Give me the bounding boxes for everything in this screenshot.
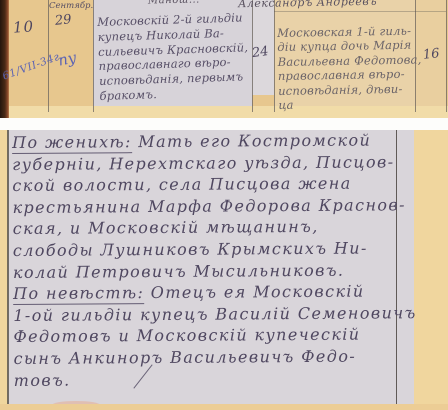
- margin-flourish: пу: [56, 48, 78, 69]
- column-rule: [93, 0, 94, 112]
- cutoff-text-fragment: Манош...: [148, 0, 200, 6]
- left-margin-rule: [7, 130, 9, 404]
- handwritten-line: По женихѣ: Мать его Костромской: [12, 129, 412, 153]
- row-separator-rule: [274, 11, 446, 12]
- handwritten-line: По невѣстѣ: Отецъ ея Московскій: [13, 280, 413, 304]
- underlined-heading: По женихѣ:: [12, 132, 132, 154]
- handwritten-notes: По женихѣ: Мать его Костромскойгуберніи,…: [12, 129, 414, 391]
- day-number: 29: [54, 12, 72, 29]
- bride-age: 16: [422, 46, 440, 63]
- archival-margin-note: 61/VII-34г.: [1, 49, 65, 82]
- handwritten-line: крестьянина Марфа Федорова Краснов-: [12, 194, 412, 218]
- entry-number: 10: [12, 17, 34, 36]
- binding-edge: [0, 0, 9, 118]
- page-bottom-edge: [0, 404, 448, 410]
- scan-gap: [0, 118, 448, 130]
- underlined-heading: По невѣстѣ:: [13, 283, 144, 305]
- month-label: Сентябр.: [49, 1, 93, 11]
- witness-notes-section: По женихѣ: Мать его Костромскойгуберніи,…: [0, 130, 448, 410]
- column-rule: [446, 0, 447, 112]
- column-rule: [274, 0, 275, 112]
- bride-entry-text: Московская 1-й гиль-діи купца дочь Марія…: [277, 23, 422, 112]
- handwritten-line: ской волости, села Писцова жена: [12, 172, 412, 196]
- scanned-register-page: Манош... Александръ Андреевъ 10 Сентябр.…: [0, 0, 448, 410]
- handwritten-line: ца: [278, 96, 422, 113]
- handwritten-line: колай Петровичъ Мысильниковъ.: [13, 259, 413, 283]
- handwritten-line: слободы Лушниковъ Крымскихъ Ни-: [13, 237, 413, 261]
- handwritten-line: ская, и Московскій мѣщанинъ,: [13, 216, 413, 240]
- handwritten-line: 1-ой гильдіи купецъ Василій Семеновичъ: [13, 302, 413, 326]
- groom-age: 24: [251, 44, 269, 61]
- register-table-strip: Манош... Александръ Андреевъ 10 Сентябр.…: [0, 0, 448, 118]
- handwritten-line: Федотовъ и Московскій купеческій: [13, 324, 413, 348]
- groom-entry-text: Московскій 2-й гильдіикупецъ Николай Ва-…: [97, 10, 252, 104]
- handwritten-line: исповѣданія, дѣви-: [278, 81, 422, 98]
- handwritten-line: сынъ Анкиноръ Васильевичъ Федо-: [14, 345, 414, 369]
- handwritten-line: товъ.: [14, 367, 414, 391]
- handwritten-line: губерніи, Нерехтскаго уѣзда, Писцов-: [12, 151, 412, 175]
